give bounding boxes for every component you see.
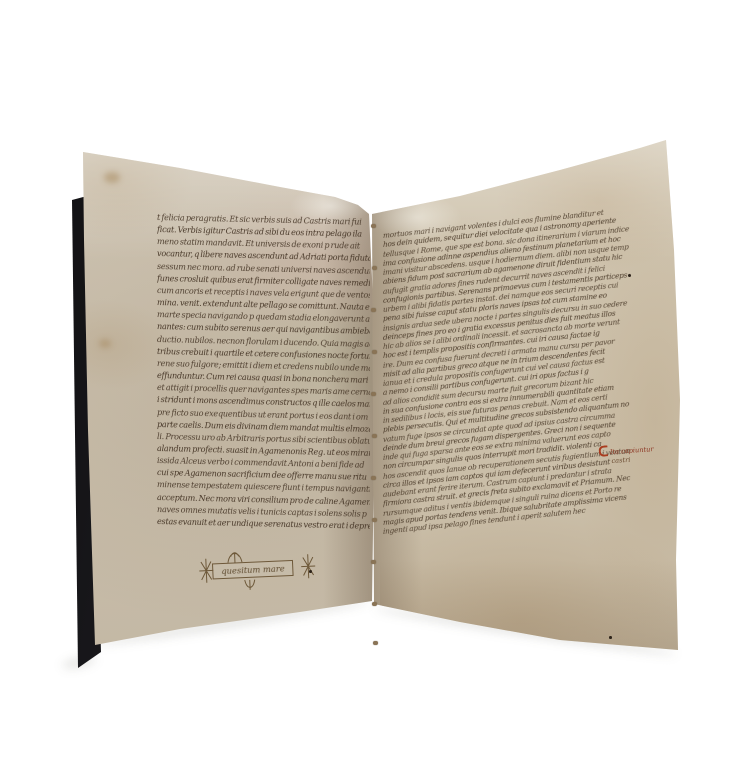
- stitch: [371, 560, 376, 564]
- folio-number: 9 39: [610, 123, 642, 140]
- cartouche-label: quesitum mare: [212, 560, 294, 580]
- stitch: [372, 350, 377, 354]
- rubric-margin-note: Ita capiuntur castri: [598, 442, 654, 466]
- cartouche-tassel-icon: [243, 579, 258, 593]
- cartouche-finial-icon: [300, 553, 317, 580]
- ink-speck: [609, 636, 612, 639]
- ink-speck: [628, 274, 631, 277]
- stitch: [371, 224, 376, 228]
- stitch: [372, 602, 377, 606]
- stitch: [373, 641, 378, 645]
- parchment-stain: [99, 339, 111, 348]
- manuscript-photo: t felicia peragratis. Et sic verbis suis…: [0, 0, 755, 780]
- left-page-text: t felicia peragratis. Et sic verbis suis…: [157, 211, 370, 532]
- stitch: [372, 434, 377, 438]
- ink-speck: [309, 570, 312, 573]
- stitch: [371, 308, 376, 312]
- cartouche: quesitum mare: [197, 546, 294, 580]
- parchment-bottom-shading: [380, 560, 680, 655]
- stitch: [372, 266, 377, 270]
- stitch: [371, 392, 376, 396]
- rubric-paragraph-mark-icon: [598, 445, 608, 457]
- right-page-text: mortuos mari i navigant volentes i dulci…: [383, 205, 630, 536]
- stitch: [371, 476, 376, 480]
- stitch: [372, 518, 377, 522]
- parchment-stain: [104, 172, 120, 183]
